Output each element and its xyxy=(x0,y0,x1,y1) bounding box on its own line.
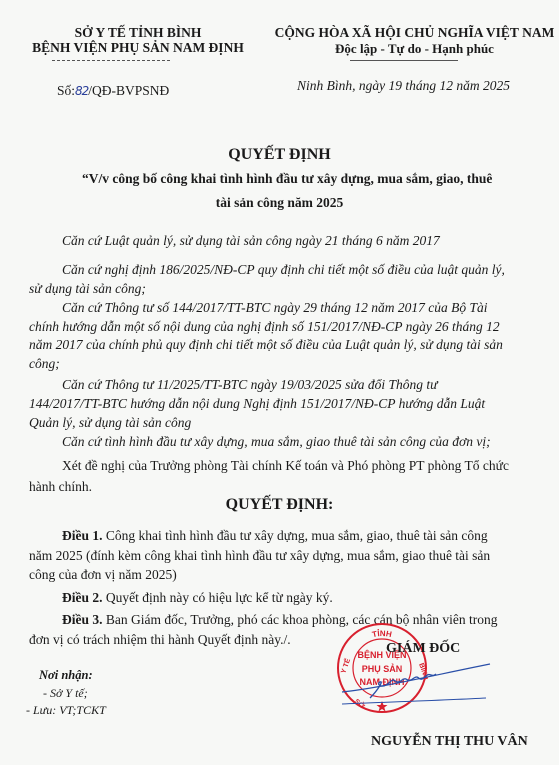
article-2: Điều 2. Quyết định này có hiệu lực kể từ… xyxy=(62,590,333,606)
proposal-line: hành chính. xyxy=(29,479,92,495)
article-text: Ban Giám đốc, Trưởng, phó các khoa phòng… xyxy=(103,612,498,627)
national-title: CỘNG HÒA XÃ HỘI CHỦ NGHĨA VIỆT NAM xyxy=(270,25,559,41)
preamble-line: Căn cứ Luật quản lý, sử dụng tài sản côn… xyxy=(62,233,440,249)
signatory-name: NGUYỄN THỊ THU VÂN xyxy=(371,734,528,750)
document-title: QUYẾT ĐỊNH xyxy=(0,146,559,164)
preamble-line: Căn cứ tình hình đầu tư xây dựng, mua sắ… xyxy=(62,434,491,450)
article-3: Điều 3. Ban Giám đốc, Trưởng, phó các kh… xyxy=(62,612,498,628)
preamble-line: công; xyxy=(29,356,60,372)
signatory-title: GIÁM ĐỐC xyxy=(386,641,460,657)
document-subject-line2: tài sản công năm 2025 xyxy=(0,195,559,211)
article-label: Điều 1. xyxy=(62,528,103,543)
preamble-line: năm 2017 của chính phủ quy định chi tiết… xyxy=(29,337,503,353)
document-number-suffix: /QĐ-BVPSNĐ xyxy=(88,83,169,98)
article-1: Điều 1. Công khai tình hình đầu tư xây d… xyxy=(62,528,488,544)
article-label: Điều 3. xyxy=(62,612,103,627)
decision-heading: QUYẾT ĐỊNH: xyxy=(0,496,559,514)
proposal-line: Xét đề nghị của Trưởng phòng Tài chính K… xyxy=(62,458,509,474)
article-label: Điều 2. xyxy=(62,590,103,605)
agency-name: BỆNH VIỆN PHỤ SẢN NAM ĐỊNH xyxy=(0,40,276,56)
recipients-title: Nơi nhận: xyxy=(39,668,93,683)
national-motto: Độc lập - Tự do - Hạnh phúc xyxy=(270,41,559,57)
agency-divider xyxy=(52,60,170,61)
article-text: Công khai tình hình đầu tư xây dựng, mua… xyxy=(103,528,488,543)
motto-divider xyxy=(350,60,458,61)
document-number-handwritten: 82 xyxy=(75,84,88,98)
document-number: Số:82/QĐ-BVPSNĐ xyxy=(57,83,169,99)
agency-parent: SỞ Y TẾ TỈNH BÌNH xyxy=(0,25,276,41)
recipient-item: - Lưu: VT;TCKT xyxy=(26,703,106,718)
article-3-line: đơn vị có trách nhiệm thi hành Quyết địn… xyxy=(29,632,291,648)
article-1-line: năm 2025 (đính kèm công khai tình hình đ… xyxy=(29,548,490,564)
document-number-prefix: Số: xyxy=(57,83,75,98)
preamble-line: Căn cứ nghị định 186/2025/NĐ-CP quy định… xyxy=(62,262,505,278)
preamble-line: 144/2017/TT-BTC hướng dẫn nội dung Nghị … xyxy=(29,396,485,412)
handwritten-signature-icon xyxy=(340,660,500,710)
svg-text:TỈNH: TỈNH xyxy=(371,629,393,639)
preamble-line: sử dụng tài sản công; xyxy=(29,281,146,297)
article-1-line: công của đơn vị năm 2025) xyxy=(29,567,177,583)
place-date: Ninh Bình, ngày 19 tháng 12 năm 2025 xyxy=(297,78,510,94)
preamble-line: Căn cứ Thông tư 11/2025/TT-BTC ngày 19/0… xyxy=(62,377,437,393)
preamble-line: Quản lý, sử dụng tài sản công xyxy=(29,415,191,431)
document-page: SỞ Y TẾ TỈNH BÌNH BỆNH VIỆN PHỤ SẢN NAM … xyxy=(0,0,559,765)
article-text: Quyết định này có hiệu lực kể từ ngày ký… xyxy=(103,590,333,605)
preamble-line: Căn cứ Thông tư số 144/2017/TT-BTC ngày … xyxy=(62,300,488,316)
preamble-line: chính hướng dẫn một số nội dung của nghị… xyxy=(29,319,500,335)
document-subject-line1: “V/v công bố công khai tình hình đầu tư … xyxy=(82,171,492,187)
recipient-item: - Sở Y tế; xyxy=(43,686,88,701)
